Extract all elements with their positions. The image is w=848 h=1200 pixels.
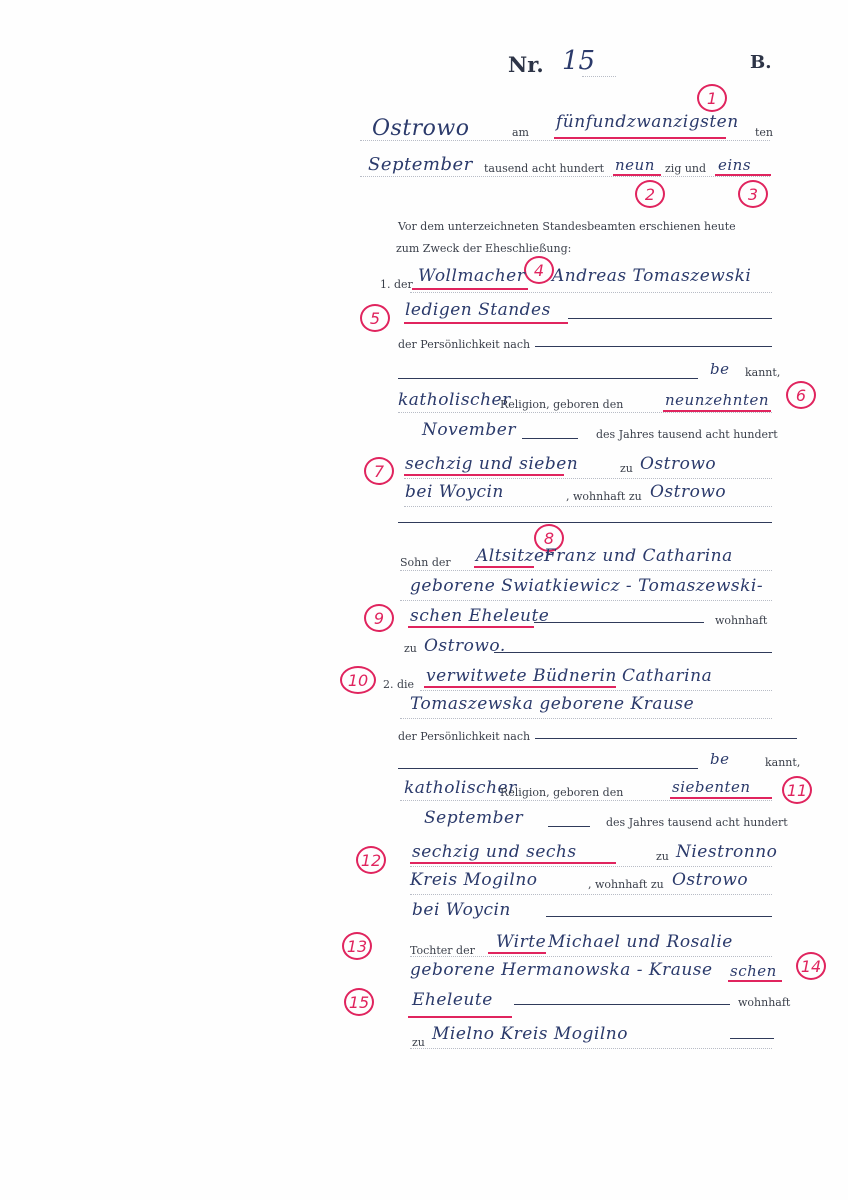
marriage-year-unit: eins <box>718 156 751 174</box>
fill-line <box>568 318 772 319</box>
red-underline <box>408 626 534 628</box>
red-underline <box>715 174 771 176</box>
fill-line <box>548 826 590 827</box>
bride-parents-2: geborene Hermanowska - Krause <box>410 960 713 980</box>
red-underline <box>424 686 616 688</box>
label-zig-und: zig und <box>665 162 706 175</box>
groom-birth-year: sechzig und sieben <box>405 454 578 474</box>
bride-parents-occupation: Wirte <box>496 932 546 952</box>
groom-be: be <box>710 360 729 378</box>
fill-line <box>398 768 698 769</box>
annotation-circle-2: 2 <box>635 180 665 208</box>
bride-parents-2b: schen <box>730 962 777 980</box>
groom-residence: Ostrowo <box>650 482 726 502</box>
red-underline <box>474 566 534 568</box>
annotation-circle-13: 13 <box>342 932 372 960</box>
dotted-line <box>360 140 770 141</box>
civil-register-page: Nr. 15 B. 1 Ostrowo am fünfundzwanzigste… <box>0 0 848 1200</box>
groom-birth-place-2: bei Woycin <box>405 482 504 502</box>
annotation-circle-14: 14 <box>796 952 826 980</box>
red-underline <box>408 1016 512 1018</box>
dotted-line <box>410 894 772 895</box>
label-des-jahres: des Jahres tausend acht hundert <box>596 428 778 441</box>
marriage-decade: neun <box>615 156 655 174</box>
dotted-line <box>400 800 772 801</box>
place: Ostrowo <box>372 116 470 141</box>
bride-birth-place: Niestronno <box>676 842 777 862</box>
dotted-line <box>398 412 772 413</box>
groom-religion: katholischer <box>398 390 511 410</box>
annotation-circle-1: 1 <box>697 84 727 112</box>
fill-line <box>535 738 797 739</box>
dotted-line <box>410 956 772 957</box>
intro-line-1: Vor dem unterzeichneten Standesbeamten e… <box>398 220 736 233</box>
groom-name: Andreas Tomaszewski <box>552 266 751 286</box>
label-kannt: kannt, <box>745 366 780 379</box>
form-letter: B. <box>750 52 771 73</box>
bride-birth-day: siebenten <box>672 778 751 796</box>
groom-parents-3: schen Eheleute <box>410 606 549 626</box>
marriage-month: September <box>368 154 473 175</box>
bride-birth-place-2: Kreis Mogilno <box>410 870 538 890</box>
annotation-circle-9: 9 <box>364 604 394 632</box>
red-underline <box>613 174 661 176</box>
label-des-jahres: des Jahres tausend acht hundert <box>606 816 788 829</box>
bride-be: be <box>710 750 729 768</box>
groom-birth-place: Ostrowo <box>640 454 716 474</box>
annotation-circle-4: 4 <box>524 256 554 284</box>
bride-number-label: 2. die <box>383 678 414 691</box>
label-wohnhaft: wohnhaft <box>738 996 790 1009</box>
fill-line <box>535 346 772 347</box>
annotation-circle-6: 6 <box>786 381 816 409</box>
bride-residence-2: bei Woycin <box>412 900 511 920</box>
red-underline <box>488 952 546 954</box>
bride-birth-year: sechzig und sechs <box>412 842 577 862</box>
label-zu: zu <box>404 642 417 655</box>
dotted-line <box>404 506 772 507</box>
fill-line <box>398 378 698 379</box>
annotation-circle-15: 15 <box>344 988 374 1016</box>
label-zu: zu <box>620 462 633 475</box>
label-kannt: kannt, <box>765 756 800 769</box>
bride-birth-month: September <box>424 808 523 828</box>
annotation-circle-5: 5 <box>360 304 390 332</box>
fill-line <box>514 1004 730 1005</box>
red-underline <box>410 862 616 864</box>
label-ten: ten <box>755 126 773 139</box>
bride-status: verwitwete Büdnerin <box>426 666 617 686</box>
fill-line <box>546 916 772 917</box>
intro-line-2: zum Zweck der Eheschließung: <box>396 242 571 255</box>
red-underline <box>404 322 568 324</box>
groom-occupation: Wollmacher <box>418 266 525 286</box>
groom-birth-day: neunzehnten <box>665 391 769 409</box>
groom-parents-residence: Ostrowo. <box>424 636 506 656</box>
fill-line <box>534 622 704 623</box>
groom-parents-occupation: Altsitzer <box>476 546 553 566</box>
dotted-line <box>420 690 772 691</box>
annotation-circle-10: 10 <box>340 666 376 694</box>
label-wohnhaft-zu: , wohnhaft zu <box>588 878 664 891</box>
fill-line <box>494 652 772 653</box>
dotted-line <box>404 478 772 479</box>
fill-line <box>730 1038 774 1039</box>
annotation-circle-7: 7 <box>364 457 394 485</box>
bride-name-2: Tomaszewska geborene Krause <box>410 694 694 714</box>
label-religion: Religion, geboren den <box>500 786 623 799</box>
label-religion: Religion, geboren den <box>500 398 623 411</box>
dotted-line <box>360 176 770 177</box>
label-wohnhaft: wohnhaft <box>715 614 767 627</box>
label-zu: zu <box>656 850 669 863</box>
bride-parents: Michael und Rosalie <box>548 932 733 952</box>
groom-status: ledigen Standes <box>405 300 551 320</box>
groom-number-label: 1. der <box>380 278 413 291</box>
label-persoenlichkeit: der Persönlichkeit nach <box>398 730 530 743</box>
bride-residence: Ostrowo <box>672 870 748 890</box>
red-underline <box>728 980 782 982</box>
label-sohn-der: Sohn der <box>400 556 451 569</box>
red-underline <box>663 410 771 412</box>
record-number: 15 <box>562 46 595 76</box>
dotted-line <box>400 570 772 571</box>
fill-line <box>398 522 772 523</box>
dotted-line <box>410 1048 772 1049</box>
fill-line <box>522 438 578 439</box>
label-wohnhaft-zu: , wohnhaft zu <box>566 490 642 503</box>
dotted-line <box>582 76 616 77</box>
groom-birth-month: November <box>422 420 516 440</box>
bride-name: Catharina <box>622 666 712 686</box>
red-underline <box>554 137 726 139</box>
red-underline <box>412 288 528 290</box>
red-underline <box>670 797 772 799</box>
bride-parents-residence: Mielno Kreis Mogilno <box>432 1024 628 1044</box>
label-tausend: tausend acht hundert <box>484 162 604 175</box>
number-label: Nr. <box>508 52 544 77</box>
dotted-line <box>400 718 772 719</box>
annotation-circle-3: 3 <box>738 180 768 208</box>
groom-parents-2: geborene Swiatkiewicz - Tomaszewski- <box>410 576 763 596</box>
red-underline <box>404 474 564 476</box>
groom-parents: Franz und Catharina <box>544 546 733 566</box>
marriage-day: fünfundzwanzigsten <box>556 112 739 132</box>
bride-parents-3: Eheleute <box>412 990 493 1010</box>
annotation-circle-11: 11 <box>782 776 812 804</box>
annotation-circle-12: 12 <box>356 846 386 874</box>
dotted-line <box>410 292 772 293</box>
dotted-line <box>400 600 772 601</box>
dotted-line <box>410 866 772 867</box>
label-persoenlichkeit: der Persönlichkeit nach <box>398 338 530 351</box>
label-am: am <box>512 126 529 139</box>
